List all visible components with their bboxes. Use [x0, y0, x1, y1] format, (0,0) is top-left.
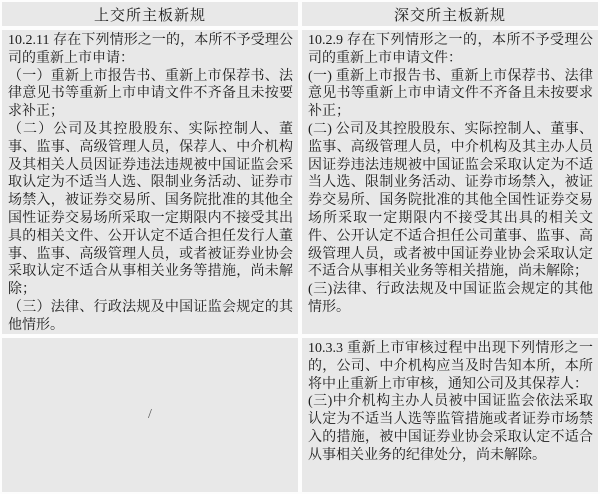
rule-paragraph: （三）法律、行政法规及中国证监会规定的其他情形。 — [8, 299, 293, 334]
rule-paragraph: 10.3.3 重新上市审核过程中出现下列情形之一的，公司、中介机构应当及时告知本… — [308, 340, 593, 393]
cell-shenzhen-rule-10-2-9: 10.2.9 存在下列情形之一的，本所不予受理公司的重新上市申请文件： (一) … — [302, 30, 598, 334]
rule-paragraph: 10.2.11 存在下列情形之一的，本所不予受理公司的重新上市申请： — [8, 32, 293, 68]
slash-placeholder: / — [148, 407, 152, 423]
cell-shenzhen-rule-10-3-3: 10.3.3 重新上市审核过程中出现下列情形之一的，公司、中介机构应当及时告知本… — [302, 338, 598, 492]
rule-paragraph: (二) 公司及其控股股东、实际控制人、董事、监事、高级管理人员，中介机构及其主办… — [308, 121, 593, 281]
rules-comparison-table: 上交所主板新规 深交所主板新规 10.2.11 存在下列情形之一的，本所不予受理… — [0, 0, 600, 494]
rule-paragraph: （二）公司及其控股股东、实际控制人、董事、监事、高级管理人员，保荐人、中介机构及… — [8, 121, 293, 299]
column-header-shenzhen: 深交所主板新规 — [302, 2, 598, 26]
rule-paragraph: (一) 重新上市报告书、重新上市保荐书、法律意见书等重新上市申请文件不齐备且未按… — [308, 68, 593, 121]
cell-shanghai-empty-placeholder: / — [2, 338, 298, 492]
column-header-shanghai: 上交所主板新规 — [2, 2, 298, 26]
cell-shanghai-rule-10-2-11: 10.2.11 存在下列情形之一的，本所不予受理公司的重新上市申请： （一）重新… — [2, 30, 298, 334]
rule-paragraph: （一）重新上市报告书、重新上市保荐书、法律意见书等重新上市申请文件不齐备且未按要… — [8, 68, 293, 121]
rule-paragraph: 10.2.9 存在下列情形之一的，本所不予受理公司的重新上市申请文件： — [308, 32, 593, 68]
rule-paragraph: (三)中介机构主办人员被中国证监会依法采取认定为不适当人选等监管措施或者证券市场… — [308, 393, 593, 464]
rule-paragraph: (三)法律、行政法规及中国证监会规定的其他情形。 — [308, 281, 593, 317]
